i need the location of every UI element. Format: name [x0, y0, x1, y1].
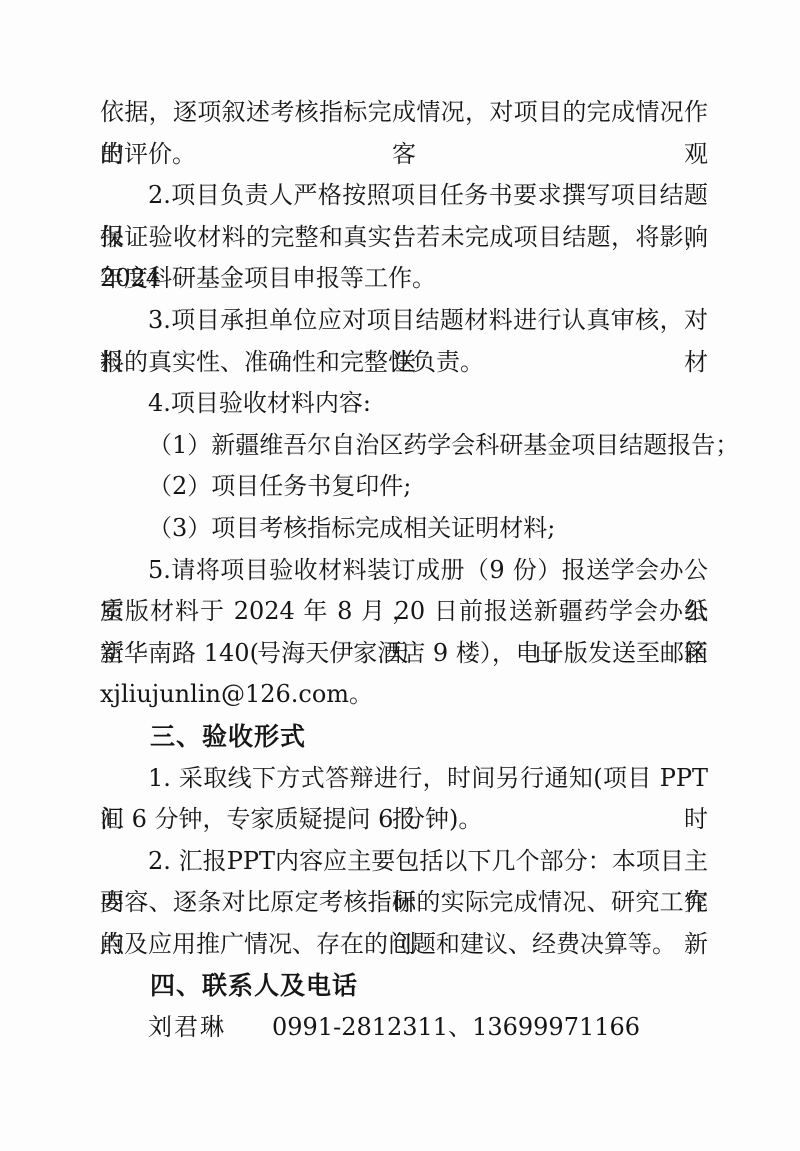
text-line: 年度科研基金项目申报等工作。: [100, 258, 708, 300]
text-line: 4.项目验收材料内容:: [100, 383, 708, 425]
text-line: xjliujunlin@126.com。: [100, 674, 708, 716]
text-line: 2.项目负责人严格按照项目任务书要求撰写项目结题报告，: [100, 175, 708, 217]
text-line: 质版材料于 2024 年 8 月 20 日前报送新疆药学会办公室(天山区: [100, 591, 708, 633]
section-heading: 三、验收形式: [100, 716, 708, 758]
contact-phone-numbers: 0991-2812311、13699971166: [272, 1013, 640, 1041]
text-line: 2. 汇报PPT内容应主要包括以下几个部分：本项目主要研究: [100, 841, 708, 883]
text-line: 内容、逐条对比原定考核指标的实际完成情况、研究工作的创新: [100, 882, 708, 924]
text-line: 5.请将项目验收材料装订成册（9 份）报送学会办公室，纸: [100, 550, 708, 592]
text-line: 1. 采取线下方式答辩进行，时间另行通知(项目 PPT 汇报时: [100, 758, 708, 800]
contact-name: 刘君琳: [148, 1013, 226, 1041]
text-line: （1）新疆维吾尔自治区药学会科研基金项目结题报告；: [100, 425, 708, 467]
section-heading: 四、联系人及电话: [100, 965, 708, 1007]
contact-line: 刘君琳0991-2812311、13699971166: [100, 1007, 708, 1049]
text-line: （2）项目任务书复印件;: [100, 466, 708, 508]
text-line: 新华南路 140 号海天伊家酒店 9 楼），电子版发送至邮箱: [100, 633, 708, 675]
text-line: （3）项目考核指标完成相关证明材料;: [100, 508, 708, 550]
text-line: 保证验收材料的完整和真实；若未完成项目结题，将影响 2024: [100, 217, 708, 259]
text-line: 点及应用推广情况、存在的问题和建议、经费决算等。: [100, 924, 708, 966]
text-line: 依据，逐项叙述考核指标完成情况，对项目的完成情况作出客观: [100, 92, 708, 134]
text-line: 3.项目承担单位应对项目结题材料进行认真审核，对报送材: [100, 300, 708, 342]
text-block: 依据，逐项叙述考核指标完成情况，对项目的完成情况作出客观的评价。2.项目负责人严…: [100, 92, 708, 1049]
document-page: 依据，逐项叙述考核指标完成情况，对项目的完成情况作出客观的评价。2.项目负责人严…: [0, 0, 800, 1151]
